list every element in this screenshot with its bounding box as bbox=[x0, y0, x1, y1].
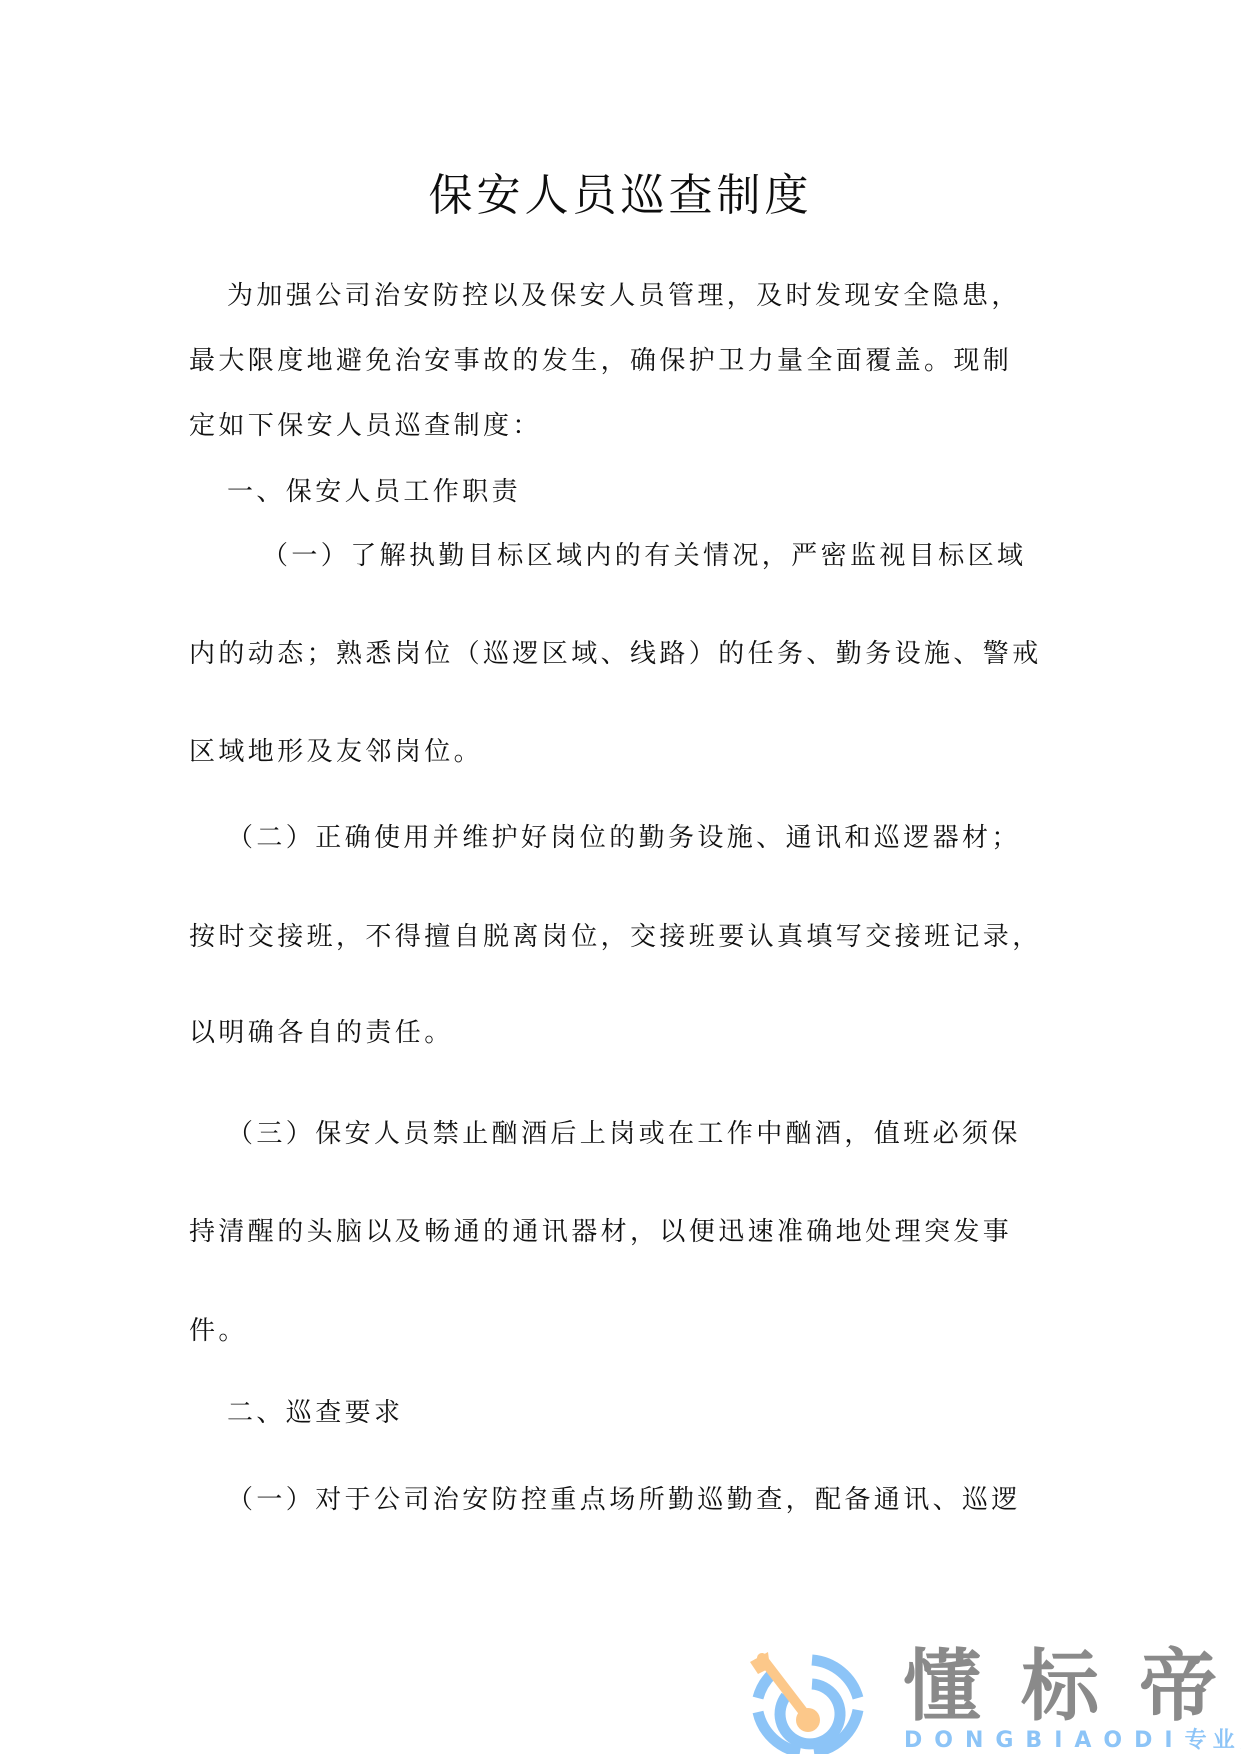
paragraph-line: （一）对于公司治安防控重点场所勤巡勤查，配备通讯、巡逻 bbox=[227, 1482, 1021, 1518]
paragraph-line: （三）保安人员禁止酗酒后上岗或在工作中酗酒，值班必须保 bbox=[227, 1116, 1021, 1152]
paragraph-line: 以明确各自的责任。 bbox=[189, 1015, 454, 1051]
section-heading: 一、保安人员工作职责 bbox=[227, 474, 521, 510]
watermark: 懂标帝 DONGBIAODI专业版 bbox=[748, 1648, 1241, 1754]
watermark-subtitle: DONGBIAODI专业版 bbox=[904, 1729, 1241, 1753]
paragraph-line: 区域地形及友邻岗位。 bbox=[189, 734, 483, 770]
paragraph-line: 内的动态；熟悉岗位（巡逻区域、线路）的任务、勤务设施、警戒 bbox=[189, 636, 1042, 672]
paragraph-line: 持清醒的头脑以及畅通的通讯器材，以便迅速准确地处理突发事 bbox=[189, 1214, 1012, 1250]
watermark-subtitle-latin: DONGBIAODI bbox=[904, 1728, 1185, 1753]
watermark-brand: 懂标帝 bbox=[903, 1644, 1241, 1730]
paragraph-line: （一）了解执勤目标区域内的有关情况，严密监视目标区域 bbox=[262, 538, 1026, 574]
section-heading: 二、巡查要求 bbox=[227, 1395, 403, 1431]
paragraph-line: 定如下保安人员巡查制度： bbox=[189, 408, 542, 444]
watermark-subtitle-cn: 专业版 bbox=[1185, 1728, 1241, 1753]
paragraph-line: 按时交接班，不得擅自脱离岗位，交接班要认真填写交接班记录， bbox=[189, 919, 1042, 955]
document-title: 保安人员巡查制度 bbox=[0, 168, 1241, 224]
paragraph-line: （二）正确使用并维护好岗位的勤务设施、通讯和巡逻器材； bbox=[227, 820, 1021, 856]
paragraph-line: 最大限度地避免治安事故的发生，确保护卫力量全面覆盖。现制 bbox=[189, 343, 1012, 379]
paragraph-line: 件。 bbox=[189, 1313, 248, 1349]
paragraph-line: 为加强公司治安防控以及保安人员管理，及时发现安全隐患， bbox=[227, 278, 1021, 314]
target-arrow-icon bbox=[748, 1648, 866, 1754]
